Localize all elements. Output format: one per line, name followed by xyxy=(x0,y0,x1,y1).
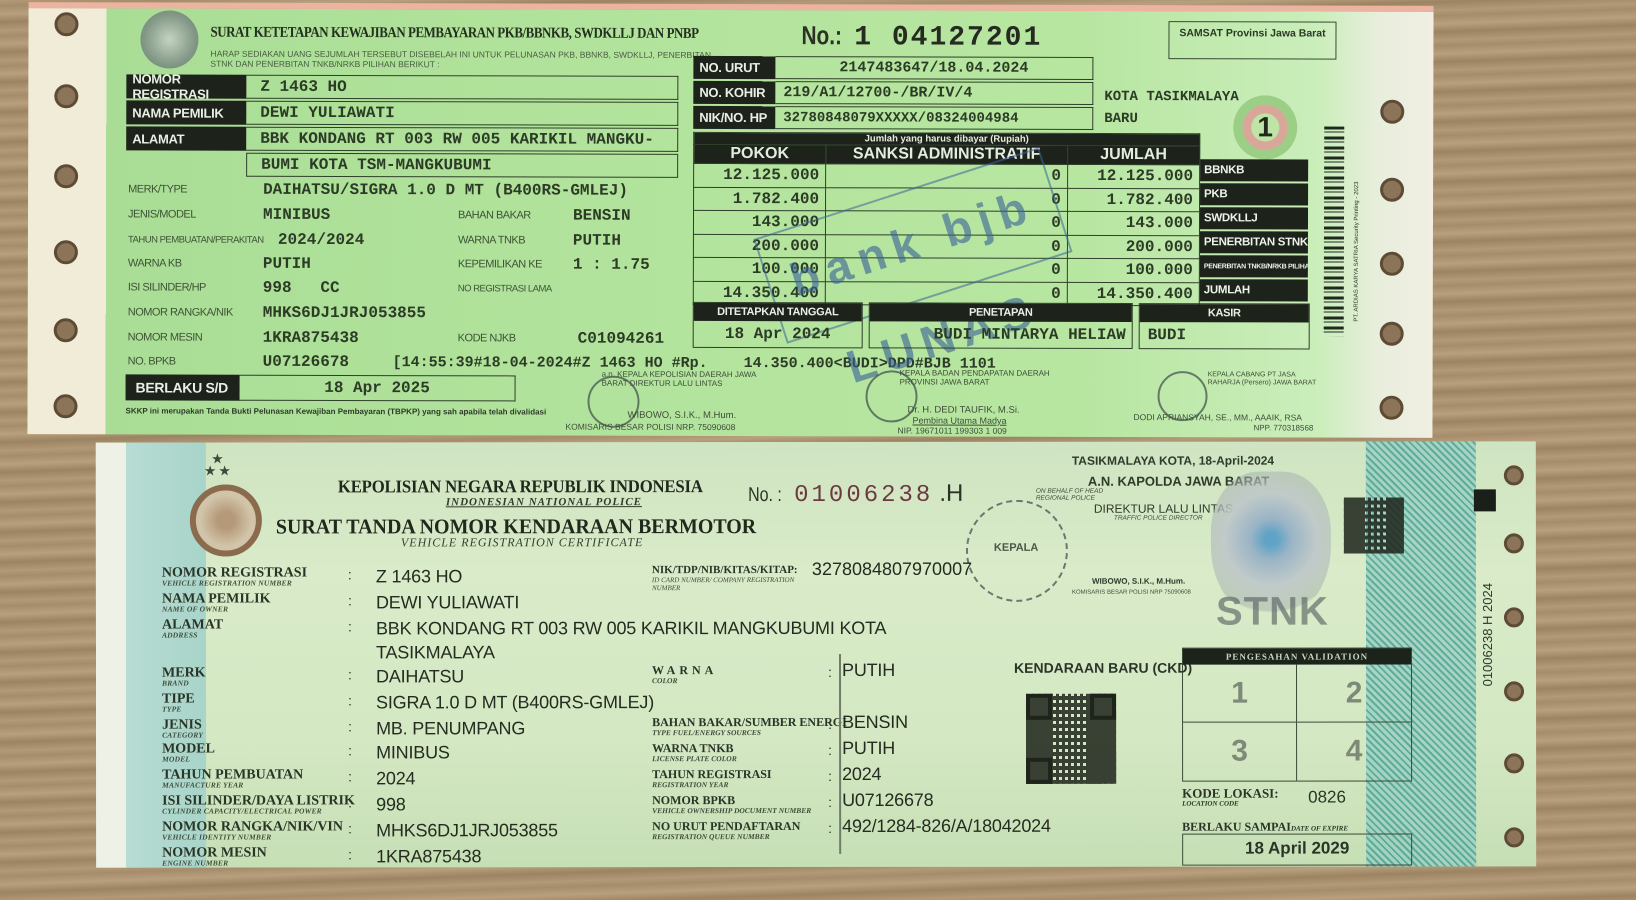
stnk-field-row: NOMOR MESINENGINE NUMBER:1KRA875438 xyxy=(162,846,481,867)
berlaku-label: BERLAKU SAMPAIDATE OF EXPIRE xyxy=(1182,820,1348,835)
nik-label: NIK/TDP/NIB/KITAS/KITAP: xyxy=(652,564,798,576)
stnk-right-field-row: NOMOR BPKBVEHICLE OWNERSHIP DOCUMENT NUM… xyxy=(652,794,933,815)
skkp-subtitle: HARAP SEDIAKAN UANG SEJUMLAH TERSEBUT DI… xyxy=(210,49,720,70)
payment-cell-pokok: 12.125.000 xyxy=(694,163,826,187)
stnk-field-row: MERKBRAND:DAIHATSU xyxy=(162,666,464,687)
barcode-icon xyxy=(1324,127,1345,337)
stnk-field-row: TAHUN PEMBUATANMANUFACTURE YEAR:2024 xyxy=(162,768,415,789)
jabar-emblem-icon xyxy=(140,10,198,68)
field-jenis-model: JENIS/MODEL MINIBUS BAHAN BAKAR BENSIN xyxy=(128,203,631,226)
field-nik-hp: NIK/NO. HP 32780848079XXXXX/08324004984 xyxy=(693,106,1093,130)
stnk-field-row: ISI SILINDER/DAYA LISTRIKCYLINDER CAPACI… xyxy=(162,794,405,815)
field-nama-pemilik: NAMA PEMILIK DEWI YULIAWATI xyxy=(126,100,678,125)
stnk-number: No. : 01006238 .H xyxy=(744,480,963,509)
berlaku-value: 18 April 2029 xyxy=(1182,833,1412,865)
field-nomor-registrasi: NOMOR REGISTRASI Z 1463 HO xyxy=(126,74,678,99)
fee-label: PENERBITAN TNKB/NRKB PILIHAN xyxy=(1200,255,1308,277)
stnk-header-police-en: INDONESIAN NATIONAL POLICE xyxy=(446,496,642,508)
approval-strip: DITETAPKAN TANGGAL 18 Apr 2024 PENETAPAN… xyxy=(693,302,1310,350)
penetapan-box: PENETAPAN BUDI MINTARYA HELIAW xyxy=(869,302,1133,349)
vertical-serial: 01006238 H 2024 xyxy=(1480,583,1495,686)
kode-lokasi-value: 0826 xyxy=(1308,788,1346,808)
payment-cell-jumlah: 100.000 xyxy=(1067,258,1199,282)
field-tahun: TAHUN PEMBUATAN/PERAKITAN 2024/2024 WARN… xyxy=(128,228,621,251)
place-date: TASIKMALAYA KOTA, 18-April-2024 xyxy=(1072,454,1274,468)
director-name: WIBOWO, S.I.K., M.Hum. xyxy=(1092,577,1185,586)
fee-label: BBNKB xyxy=(1200,159,1308,181)
stnk-right-field-row: WARNACOLOR:PUTIH xyxy=(652,664,895,685)
kasir-box: KASIR BUDI xyxy=(1139,303,1310,349)
kota-baru-label: BARU xyxy=(1104,111,1138,127)
stnk-field-row: NOMOR REGISTRASIVEHICLE REGISTRATION NUM… xyxy=(162,566,462,587)
samsat-box: SAMSAT Provinsi Jawa Barat xyxy=(1168,21,1336,59)
skkp-tax-receipt: SURAT KETETAPAN KEWAJIBAN PEMBAYARAN PKB… xyxy=(27,2,1433,438)
field-merk-type: MERK/TYPE DAIHATSU/SIGRA 1.0 D MT (B400R… xyxy=(128,178,628,201)
field-nomor-rangka: NOMOR RANGKA/NIK MHKS6DJ1JRJ053855 xyxy=(128,301,426,324)
fee-label: SWDKLLJ xyxy=(1200,207,1308,229)
fee-label: PKB xyxy=(1200,183,1308,205)
printer-side-text: PT. ARDIAS KARYA SATRIA Security Printin… xyxy=(1354,182,1360,322)
field-alamat: ALAMAT BBK KONDANG RT 003 RW 005 KARIKIL… xyxy=(126,126,678,151)
stnk-field-row: NAMA PEMILIKNAME OF OWNER:DEWI YULIAWATI xyxy=(162,592,519,613)
stars-icon: ★★★ xyxy=(204,453,233,477)
validation-cell-3: 3 xyxy=(1183,723,1297,781)
stnk-right-field-row: BAHAN BAKAR/SUMBER ENERGITYPE FUEL/ENERG… xyxy=(652,716,908,737)
field-warna-kb: WARNA KB PUTIH KEPEMILIKAN KE 1 : 1.75 xyxy=(128,252,650,275)
field-berlaku: BERLAKU S/D 18 Apr 2025 xyxy=(126,374,516,401)
payment-cell-jumlah: 200.000 xyxy=(1067,235,1199,259)
stnk-address-line2: TASIKMALAYA xyxy=(376,642,495,663)
field-nomor-mesin: NOMOR MESIN 1KRA875438 KODE NJKB C010942… xyxy=(128,326,664,349)
validation-cell-1: 1 xyxy=(1183,665,1297,723)
skkp-footnote: SKKP ini merupakan Tanda Bukti Pelunasan… xyxy=(125,406,546,416)
nik-value: 3278084807970007 xyxy=(812,559,972,580)
field-alamat-line2: BUMI KOTA TSM-MANGKUBUMI xyxy=(246,153,678,178)
payment-cell-pokok: 1.782.400 xyxy=(694,187,826,211)
skkp-number: No.: 1 04127201 xyxy=(796,20,1042,54)
vehicle-status: KENDARAAN BARU (CKD) xyxy=(1014,660,1192,676)
stnk-right-field-row: NO URUT PENDAFTARANREGISTRATION QUEUE NU… xyxy=(652,820,1051,841)
stnk-field-row: JENISCATEGORY:MB. PENUMPANG xyxy=(162,718,525,739)
kota-label: KOTA TASIKMALAYA xyxy=(1104,89,1238,105)
payment-cell-jumlah: 12.125.000 xyxy=(1067,164,1199,188)
wajib-pajak-sticker: 1 xyxy=(1233,95,1297,159)
polri-emblem-icon xyxy=(190,484,262,556)
fee-label: PENERBITAN STNK xyxy=(1200,231,1308,253)
stnk-right-field-row: WARNA TNKBLICENSE PLATE COLOR:PUTIH xyxy=(652,742,895,763)
validation-grid: PENGESAHAN VALIDATION 1 2 3 4 xyxy=(1182,647,1412,781)
stnk-field-row: TIPETYPE:SIGRA 1.0 D MT (B400RS-GMLEJ) xyxy=(162,692,654,713)
stnk-field-row: ALAMATADDRESS:BBK KONDANG RT 003 RW 005 … xyxy=(162,618,886,640)
stnk-vehicle-registration: ★★★ KEPOLISIAN NEGARA REPUBLIK INDONESIA… xyxy=(96,441,1536,867)
fee-label: JUMLAH xyxy=(1200,279,1308,301)
validation-cell-4: 4 xyxy=(1297,722,1411,780)
skkp-title: SURAT KETETAPAN KEWAJIBAN PEMBAYARAN PKB… xyxy=(210,25,698,43)
ditetapkan-box: DITETAPKAN TANGGAL 18 Apr 2024 xyxy=(693,302,863,348)
hologram-stnk-text: STNK xyxy=(1216,590,1329,635)
qr-code-security-icon xyxy=(1344,497,1404,553)
field-isi-silinder: ISI SILINDER/HP 998 CC NO REGISTRASI LAM… xyxy=(128,276,573,299)
field-no-kohir: NO. KOHIR 219/A1/12700-/BR/IV/4 xyxy=(693,81,1093,105)
kode-lokasi-label: KODE LOKASI: LOCATION CODE xyxy=(1182,788,1278,810)
stnk-header-police: KEPOLISIAN NEGARA REPUBLIK INDONESIA xyxy=(338,476,703,497)
field-no-urut: NO. URUT 2147483647/18.04.2024 xyxy=(693,56,1093,80)
payment-cell-jumlah: 143.000 xyxy=(1067,211,1199,235)
stnk-title-en: VEHICLE REGISTRATION CERTIFICATE xyxy=(401,535,643,550)
validation-cell-2: 2 xyxy=(1297,664,1411,722)
stnk-right-field-row: TAHUN REGISTRASIREGISTRATION YEAR:2024 xyxy=(652,768,881,789)
stnk-field-row: MODELMODEL:MINIBUS xyxy=(162,742,450,763)
stnk-field-row: NOMOR RANGKA/NIK/VINVEHICLE IDENTITY NUM… xyxy=(162,820,558,841)
payment-cell-jumlah: 1.782.400 xyxy=(1067,188,1199,212)
